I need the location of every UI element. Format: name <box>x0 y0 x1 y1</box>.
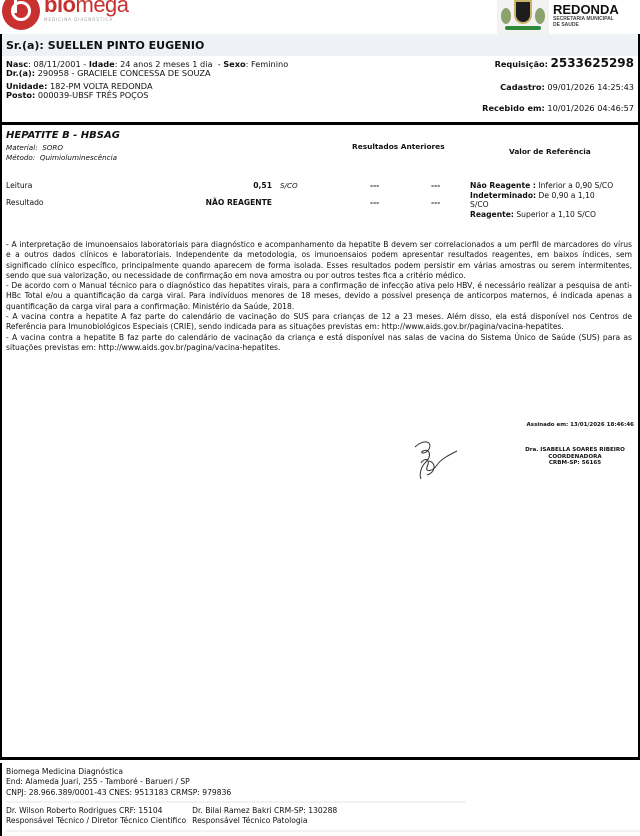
company-name: Biomega Medicina Diagnóstica <box>6 767 466 777</box>
requisition: Requisição: 2533625298 <box>495 58 634 69</box>
footer-company-info: Biomega Medicina Diagnóstica End: Alamed… <box>6 767 466 803</box>
responsible-technical-director: Dr. Wilson Roberto Rodrigues CRF: 15104 … <box>6 806 186 827</box>
received-date: Recebido em: 10/01/2026 04:46:57 <box>482 103 634 113</box>
volta-redonda-logo: REDONDA SECRETARIA MUNICIPAL DE SAUDE <box>497 0 640 34</box>
patient-name-bar: Sr.(a): SUELLEN PINTO EUGENIO <box>2 34 638 56</box>
note-paragraph: - A vacina contra a hepatite B faz parte… <box>6 333 632 354</box>
reading-value: 0,51 <box>253 181 272 190</box>
biomega-tagline: MEDICINA DIAGNÓSTICA <box>44 17 129 22</box>
patient-name: Sr.(a): SUELLEN PINTO EUGENIO <box>6 39 204 52</box>
requisition-number: 2533625298 <box>551 56 635 70</box>
signed-timestamp: Assinado em: 13/01/2026 18:46:46 <box>527 422 634 428</box>
reference-reactive: Reagente: Superior a 1,10 S/CO <box>470 210 640 220</box>
responsible-pathology: Dr. Bilal Ramez Bakri CRM-SP: 130288 Res… <box>192 806 337 827</box>
company-address: End: Alameda Juari, 255 - Tamboré - Baru… <box>6 777 466 787</box>
exam-material: Material: SORO <box>6 143 63 152</box>
signer-block: Dra. ISABELLA SOARES RIBEIRO COORDENADOR… <box>510 447 640 467</box>
patient-post: Posto: 000039-UBSF TRÊS POÇOS <box>6 90 149 100</box>
reference-non-reactive: Não Reagente : Inferior a 0,90 S/CO <box>470 181 640 191</box>
patient-info-block: Sr.(a): SUELLEN PINTO EUGENIO Nasc: 08/1… <box>0 34 640 122</box>
reading-label: Leitura <box>6 181 32 190</box>
biomega-logo: biomega MEDICINA DIAGNÓSTICA <box>2 0 129 30</box>
reference-indeterminate: Indeterminado: De 0,90 a 1,10 S/CO <box>470 191 610 210</box>
exam-section: HEPATITE B - HBSAG Material: SORO Método… <box>0 122 640 760</box>
reference-header: Valor de Referência <box>509 147 591 156</box>
result-value: NÃO REAGENTE <box>206 198 272 207</box>
signer-registry: CRBM-SP: 56165 <box>510 460 640 467</box>
city-crest-icon <box>497 0 549 34</box>
previous-result: --- <box>431 181 440 190</box>
previous-result: --- <box>431 198 440 207</box>
signer-role: COORDENADORA <box>510 454 640 461</box>
signer-name: Dra. ISABELLA SOARES RIBEIRO <box>510 447 640 454</box>
city-logo-title: REDONDA <box>553 3 619 16</box>
note-paragraph: - De acordo com o Manual técnico para o … <box>6 281 632 312</box>
report-footer: Biomega Medicina Diagnóstica End: Alamed… <box>0 763 640 836</box>
exam-title: HEPATITE B - HBSAG <box>6 130 120 141</box>
company-registry: CNPJ: 28.966.389/0001-43 CNES: 9513183 C… <box>6 788 466 798</box>
city-logo-subtitle-2: DE SAUDE <box>553 22 619 28</box>
note-paragraph: - A vacina contra a hepatite A faz parte… <box>6 312 632 333</box>
report-header: biomega MEDICINA DIAGNÓSTICA REDONDA SEC… <box>0 0 640 34</box>
biomega-logo-icon <box>2 0 40 30</box>
previous-result: --- <box>370 198 379 207</box>
registration-date: Cadastro: 09/01/2026 14:25:43 <box>500 82 634 92</box>
reference-values: Não Reagente : Inferior a 0,90 S/CO Inde… <box>470 181 640 219</box>
previous-results-header: Resultados Anteriores <box>352 142 445 151</box>
result-label: Resultado <box>6 198 44 207</box>
note-paragraph: - A interpretação de imunoensaios labora… <box>6 240 632 281</box>
exam-method: Método: Quimioluminescência <box>6 153 117 162</box>
requesting-doctor: Dr.(a): 290958 - GRACIELE CONCESSA DE SO… <box>6 68 211 78</box>
reading-unit: S/CO <box>280 181 298 190</box>
previous-result: --- <box>370 181 379 190</box>
signature-icon <box>407 433 463 483</box>
footer-responsibles: Dr. Wilson Roberto Rodrigues CRF: 15104 … <box>6 806 640 832</box>
exam-notes: - A interpretação de imunoensaios labora… <box>6 240 632 353</box>
biomega-wordmark: biomega <box>44 0 129 16</box>
